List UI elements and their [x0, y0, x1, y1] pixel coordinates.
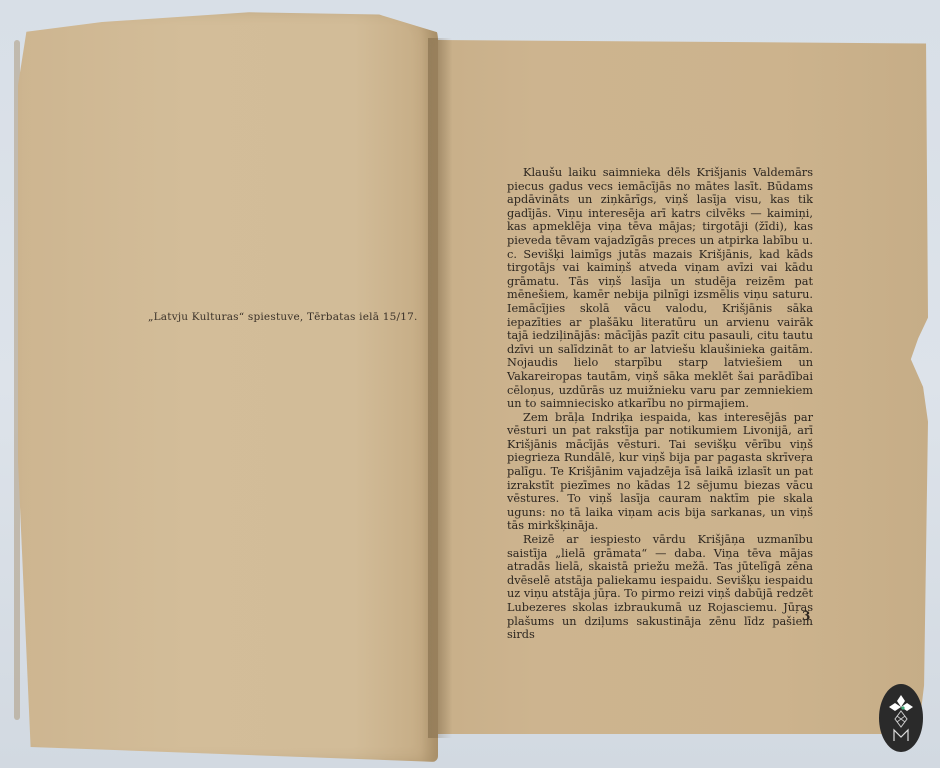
- spine-shadow: [428, 38, 452, 738]
- page-number: 3: [802, 609, 810, 623]
- paragraph: Reizē ar iespiesto vārdu Krišjāņa uzmanī…: [507, 533, 813, 642]
- printer-imprint: „Latvju Kulturas“ spiestuve, Tērbatas ie…: [148, 311, 428, 323]
- watermark-logo: [879, 684, 923, 752]
- paragraph: Zem brāļa Indriķa iespaida, kas interesē…: [507, 411, 813, 533]
- left-page: [18, 10, 438, 762]
- paragraph: Klaušu laiku saimnieka dēls Krišjanis Va…: [507, 166, 813, 411]
- folk-ornament-monogram-icon: [886, 691, 916, 745]
- open-booklet: „Latvju Kulturas“ spiestuve, Tērbatas ie…: [0, 0, 940, 768]
- right-page-body-text: Klaušu laiku saimnieka dēls Krišjanis Va…: [507, 166, 813, 642]
